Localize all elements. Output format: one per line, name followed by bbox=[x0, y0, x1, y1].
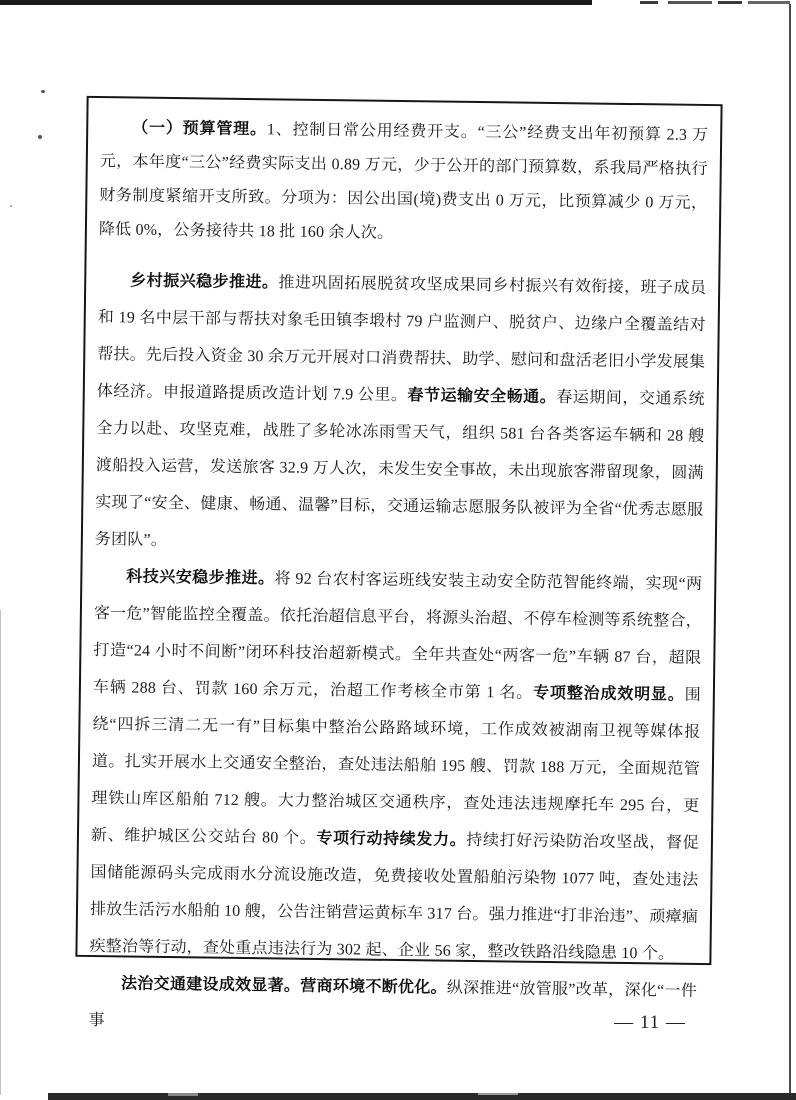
scan-artifact-left-edge bbox=[0, 610, 1, 1095]
scan-speck bbox=[41, 90, 45, 93]
section-heading: 法治交通建设成效显著。 bbox=[121, 975, 300, 994]
scan-artifact-top-dash bbox=[668, 1, 712, 4]
body-text: 持续打好污染防治攻坚战，督促国储能源码头完成雨水分流设施改造，免费接收处置船舶污… bbox=[89, 832, 699, 963]
body-text: 推进巩固拓展脱贫攻坚成果同乡村振兴有效衔接，班子成员和 19 名中层干部与帮扶对… bbox=[97, 274, 707, 404]
scan-artifact-right-edge bbox=[789, 4, 791, 1096]
paragraph: （一）预算管理。1、控制日常公用经费开支。“三公”经费支出年初预算 2.3 万元… bbox=[99, 111, 709, 255]
paragraph: 科技兴安稳步推进。将 92 台农村客运班线安装主动安全防范智能终端，实现“两客一… bbox=[89, 558, 702, 973]
section-heading: 专项整治成效明显。 bbox=[533, 685, 685, 704]
paragraph: 法治交通建设成效显著。营商环境不断优化。纵深推进“放管服”改革，深化“一件事 bbox=[88, 965, 697, 1047]
document-body: （一）预算管理。1、控制日常公用经费开支。“三公”经费支出年初预算 2.3 万元… bbox=[88, 111, 708, 1047]
body-text: 围绕“四拆三清二无一有”目标集中整治公路路域环境，工作成效被湖南卫视等媒体报道。… bbox=[91, 687, 701, 847]
section-heading: 乡村振兴稳步推进。 bbox=[130, 272, 278, 291]
scan-artifact-top-edge bbox=[0, 0, 592, 5]
body-text: 将 92 台农村客运班线安装主动安全防范智能终端，实现“两客一危”智能监控全覆盖… bbox=[93, 570, 703, 701]
body-text: 1、控制日常公用经费开支。“三公”经费支出年初预算 2.3 万元，本年度“三公”… bbox=[99, 121, 709, 242]
section-heading: （一）预算管理。 bbox=[132, 119, 267, 138]
scan-artifact-top-dash bbox=[718, 1, 742, 4]
page-number: — 11 — bbox=[588, 1012, 712, 1034]
section-heading: 春节运输安全畅通。 bbox=[407, 387, 556, 406]
section-heading: 专项行动持续发力。 bbox=[316, 830, 466, 849]
body-text: 春运期间，交通系统全力以赴、攻坚克难，战胜了多轮冰冻雨雪天气，组织 581 台各… bbox=[95, 389, 705, 549]
scan-speck bbox=[38, 135, 42, 139]
section-heading: 科技兴安稳步推进。 bbox=[126, 568, 274, 587]
scan-artifact-bottom-edge bbox=[48, 1093, 796, 1100]
scan-artifact-top-dash bbox=[748, 1, 790, 4]
section-heading: 营商环境不断优化。 bbox=[300, 978, 447, 997]
document-border-box: （一）预算管理。1、控制日常公用经费开支。“三公”经费支出年初预算 2.3 万元… bbox=[75, 96, 722, 965]
scan-artifact-top-dash bbox=[640, 1, 658, 4]
paragraph: 乡村振兴稳步推进。推进巩固拓展脱贫攻坚成果同乡村振兴有效衔接，班子成员和 19 … bbox=[95, 262, 707, 566]
scan-speck bbox=[10, 205, 12, 207]
